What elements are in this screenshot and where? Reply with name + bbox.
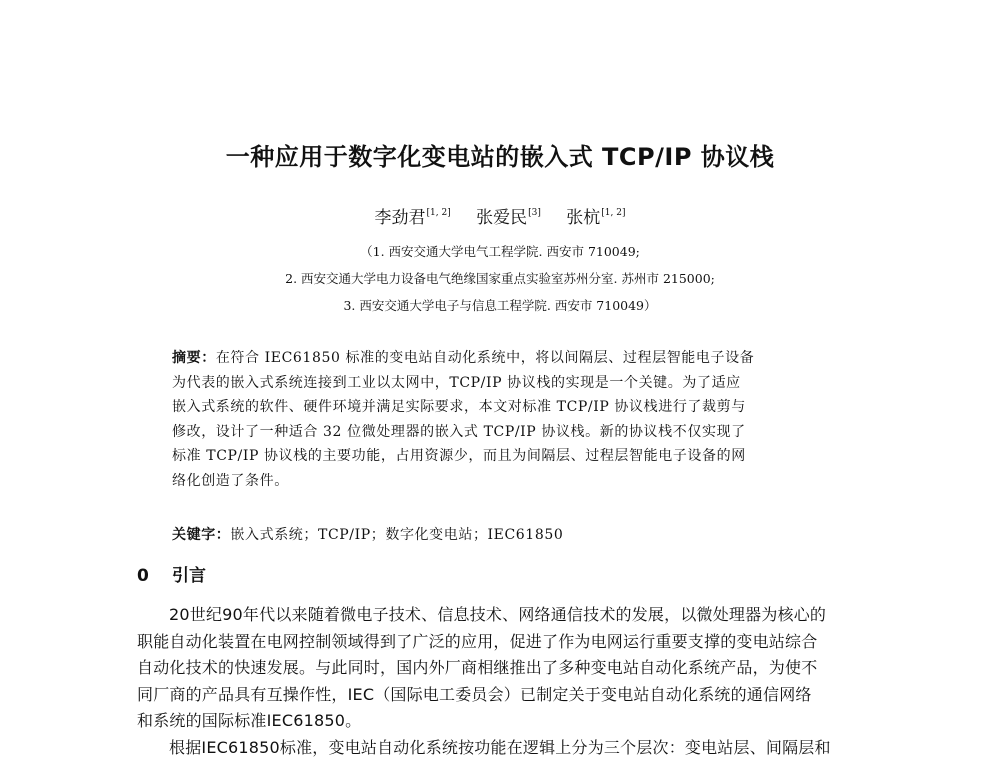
author-list: 李劲君[1, 2] 张爱民[3] 张杭[1, 2]: [0, 200, 1000, 231]
author-name: 李劲君: [375, 208, 426, 228]
paper-title: 一种应用于数字化变电站的嵌入式 TCP/IP 协议栈: [0, 141, 1000, 173]
abstract: 摘要：在符合 IEC61850 标准的变电站自动化系统中，将以间隔层、过程层智能…: [172, 346, 842, 493]
author-affiliation-ref: [1, 2]: [427, 208, 451, 218]
body-line: 20世纪90年代以来随着微电子技术、信息技术、网络通信技术的发展，以微处理器为核…: [137, 602, 877, 629]
body-line: 同厂商的产品具有互操作性，IEC（国际电工委员会）已制定关于变电站自动化系统的通…: [137, 682, 877, 709]
author: 李劲君[1, 2]: [375, 200, 451, 231]
affiliation: 2. 西安交通大学电力设备电气绝缘国家重点实验室苏州分室. 苏州市 215000…: [0, 265, 1000, 292]
affiliation: 3. 西安交通大学电子与信息工程学院. 西安市 710049）: [0, 292, 1000, 319]
body-line: 职能自动化装置在电网控制领域得到了广泛的应用，促进了作为电网运行重要支撑的变电站…: [137, 629, 877, 656]
body-line: 和系统的国际标准IEC61850。: [137, 708, 877, 735]
section-title: 引言: [172, 566, 206, 586]
abstract-line: 嵌入式系统的软件、硬件环境并满足实际要求，本文对标准 TCP/IP 协议栈进行了…: [172, 395, 842, 420]
affiliation-list: （1. 西安交通大学电气工程学院. 西安市 710049; 2. 西安交通大学电…: [0, 238, 1000, 319]
author-name: 张杭: [566, 208, 600, 228]
abstract-line: 摘要：在符合 IEC61850 标准的变电站自动化系统中，将以间隔层、过程层智能…: [172, 346, 842, 371]
abstract-label: 摘要：: [172, 350, 216, 366]
keywords-label: 关键字：: [172, 527, 230, 543]
author: 张杭[1, 2]: [566, 200, 625, 231]
body-line: 自动化技术的快速发展。与此同时，国内外厂商相继推出了多种变电站自动化系统产品，为…: [137, 655, 877, 682]
abstract-text: 在符合 IEC61850 标准的变电站自动化系统中，将以间隔层、过程层智能电子设…: [216, 350, 755, 366]
author-name: 张爱民: [476, 208, 527, 228]
author-affiliation-ref: [1, 2]: [601, 208, 625, 218]
author-affiliation-ref: [3]: [528, 208, 541, 218]
keywords-text: 嵌入式系统；TCP/IP；数字化变电站；IEC61850: [230, 527, 563, 543]
keywords: 关键字：嵌入式系统；TCP/IP；数字化变电站；IEC61850: [172, 523, 842, 547]
section-heading: 0引言: [137, 563, 206, 589]
section-number: 0: [137, 563, 172, 589]
abstract-line: 修改，设计了一种适合 32 位微处理器的嵌入式 TCP/IP 协议栈。新的协议栈…: [172, 420, 842, 445]
abstract-line: 为代表的嵌入式系统连接到工业以太网中，TCP/IP 协议栈的实现是一个关键。为了…: [172, 371, 842, 396]
body-line: 根据IEC61850标准，变电站自动化系统按功能在逻辑上分为三个层次：变电站层、…: [137, 735, 877, 760]
abstract-line: 络化创造了条件。: [172, 469, 842, 494]
abstract-line: 标准 TCP/IP 协议栈的主要功能，占用资源少，而且为间隔层、过程层智能电子设…: [172, 444, 842, 469]
affiliation: （1. 西安交通大学电气工程学院. 西安市 710049;: [0, 238, 1000, 265]
body-text: 20世纪90年代以来随着微电子技术、信息技术、网络通信技术的发展，以微处理器为核…: [137, 602, 877, 760]
author: 张爱民[3]: [476, 200, 541, 231]
paper-page: 一种应用于数字化变电站的嵌入式 TCP/IP 协议栈 李劲君[1, 2] 张爱民…: [0, 0, 1000, 760]
